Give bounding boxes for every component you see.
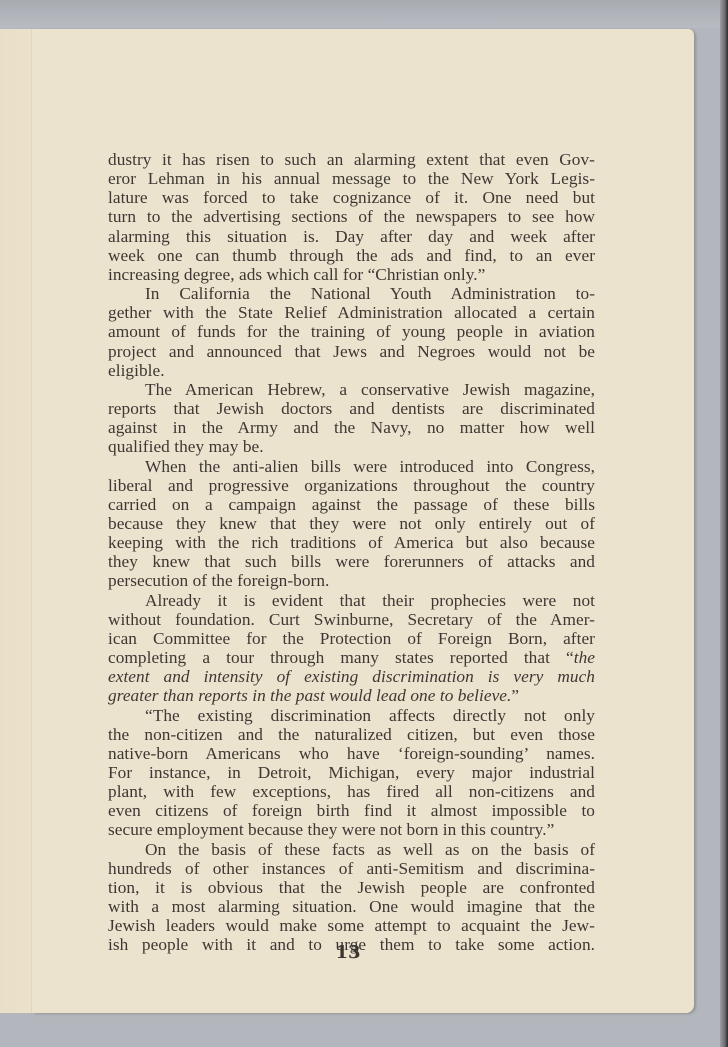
- paragraph: The American Hebrew, a conservative Jewi…: [108, 380, 595, 457]
- paragraph: When the anti-alien bills were introduce…: [108, 457, 595, 591]
- text-line: liberal and progressive organizations th…: [108, 476, 595, 495]
- text-line: with a most alarming situation. One woul…: [108, 897, 595, 916]
- text-line: completing a tour through many states re…: [108, 648, 595, 667]
- text-line: greater than reports in the past would l…: [108, 686, 595, 705]
- text-line: they knew that such bills were forerunne…: [108, 552, 595, 571]
- text-line: Already it is evident that their prophec…: [108, 591, 595, 610]
- text-line: dustry it has risen to such an alarming …: [108, 150, 595, 169]
- text-line: increasing degree, ads which call for “C…: [108, 265, 595, 284]
- text-line: In California the National Youth Adminis…: [108, 284, 595, 303]
- text-line: against in the Army and the Navy, no mat…: [108, 418, 595, 437]
- text-line: qualified they may be.: [108, 437, 595, 456]
- italic-quote: the: [574, 648, 595, 667]
- text-line: eligible.: [108, 361, 595, 380]
- paragraph: “The existing discrimination affects dir…: [108, 706, 595, 840]
- italic-quote: extent and intensity of existing discrim…: [108, 667, 595, 686]
- paragraph: On the basis of these facts as well as o…: [108, 840, 595, 955]
- viewer-right-edge: [720, 0, 728, 1047]
- text-line: alarming this situation is. Day after da…: [108, 227, 595, 246]
- text-line: reports that Jewish doctors and dentists…: [108, 399, 595, 418]
- paragraph: dustry it has risen to such an alarming …: [108, 150, 595, 284]
- page-number: 13: [330, 942, 366, 963]
- text-line: When the anti-alien bills were introduce…: [108, 457, 595, 476]
- facing-page-edge: [0, 29, 32, 1013]
- text-line: plant, with few exceptions, has fired al…: [108, 782, 595, 801]
- text-line: gether with the State Relief Administrat…: [108, 303, 595, 322]
- text-line: eror Lehman in his annual message to the…: [108, 169, 595, 188]
- text-line: hundreds of other instances of anti-Semi…: [108, 859, 595, 878]
- paragraph: Already it is evident that their prophec…: [108, 591, 595, 706]
- text-line: lature was forced to take cognizance of …: [108, 188, 595, 207]
- text-line: For instance, in Detroit, Michigan, ever…: [108, 763, 595, 782]
- text-line: persecution of the foreign-born.: [108, 571, 595, 590]
- text-line: without foundation. Curt Swinburne, Secr…: [108, 610, 595, 629]
- text-line: week one can thumb through the ads and f…: [108, 246, 595, 265]
- text-line: project and announced that Jews and Negr…: [108, 342, 595, 361]
- text-line: carried on a campaign against the passag…: [108, 495, 595, 514]
- text-segment: completing a tour through many states re…: [108, 648, 574, 667]
- viewer-top-background: [0, 0, 728, 28]
- text-line: the non-citizen and the naturalized citi…: [108, 725, 595, 744]
- text-line: native-born Americans who have ‘foreign-…: [108, 744, 595, 763]
- page-body-text: dustry it has risen to such an alarming …: [108, 150, 595, 955]
- text-line: ican Committee for the Protection of For…: [108, 629, 595, 648]
- text-line: extent and intensity of existing discrim…: [108, 667, 595, 686]
- text-line: Jewish leaders would make some attempt t…: [108, 916, 595, 935]
- text-line: keeping with the rich traditions of Amer…: [108, 533, 595, 552]
- text-line: even citizens of foreign birth find it a…: [108, 801, 595, 820]
- italic-quote: greater than reports in the past would l…: [108, 686, 511, 705]
- paragraph: In California the National Youth Adminis…: [108, 284, 595, 380]
- text-line: “The existing discrimination affects dir…: [108, 706, 595, 725]
- text-line: turn to the advertising sections of the …: [108, 207, 595, 226]
- text-line: amount of funds for the training of youn…: [108, 322, 595, 341]
- text-line: The American Hebrew, a conservative Jewi…: [108, 380, 595, 399]
- text-line: tion, it is obvious that the Jewish peop…: [108, 878, 595, 897]
- text-line: On the basis of these facts as well as o…: [108, 840, 595, 859]
- text-line: because they knew that they were not onl…: [108, 514, 595, 533]
- text-line: secure employment because they were not …: [108, 820, 595, 839]
